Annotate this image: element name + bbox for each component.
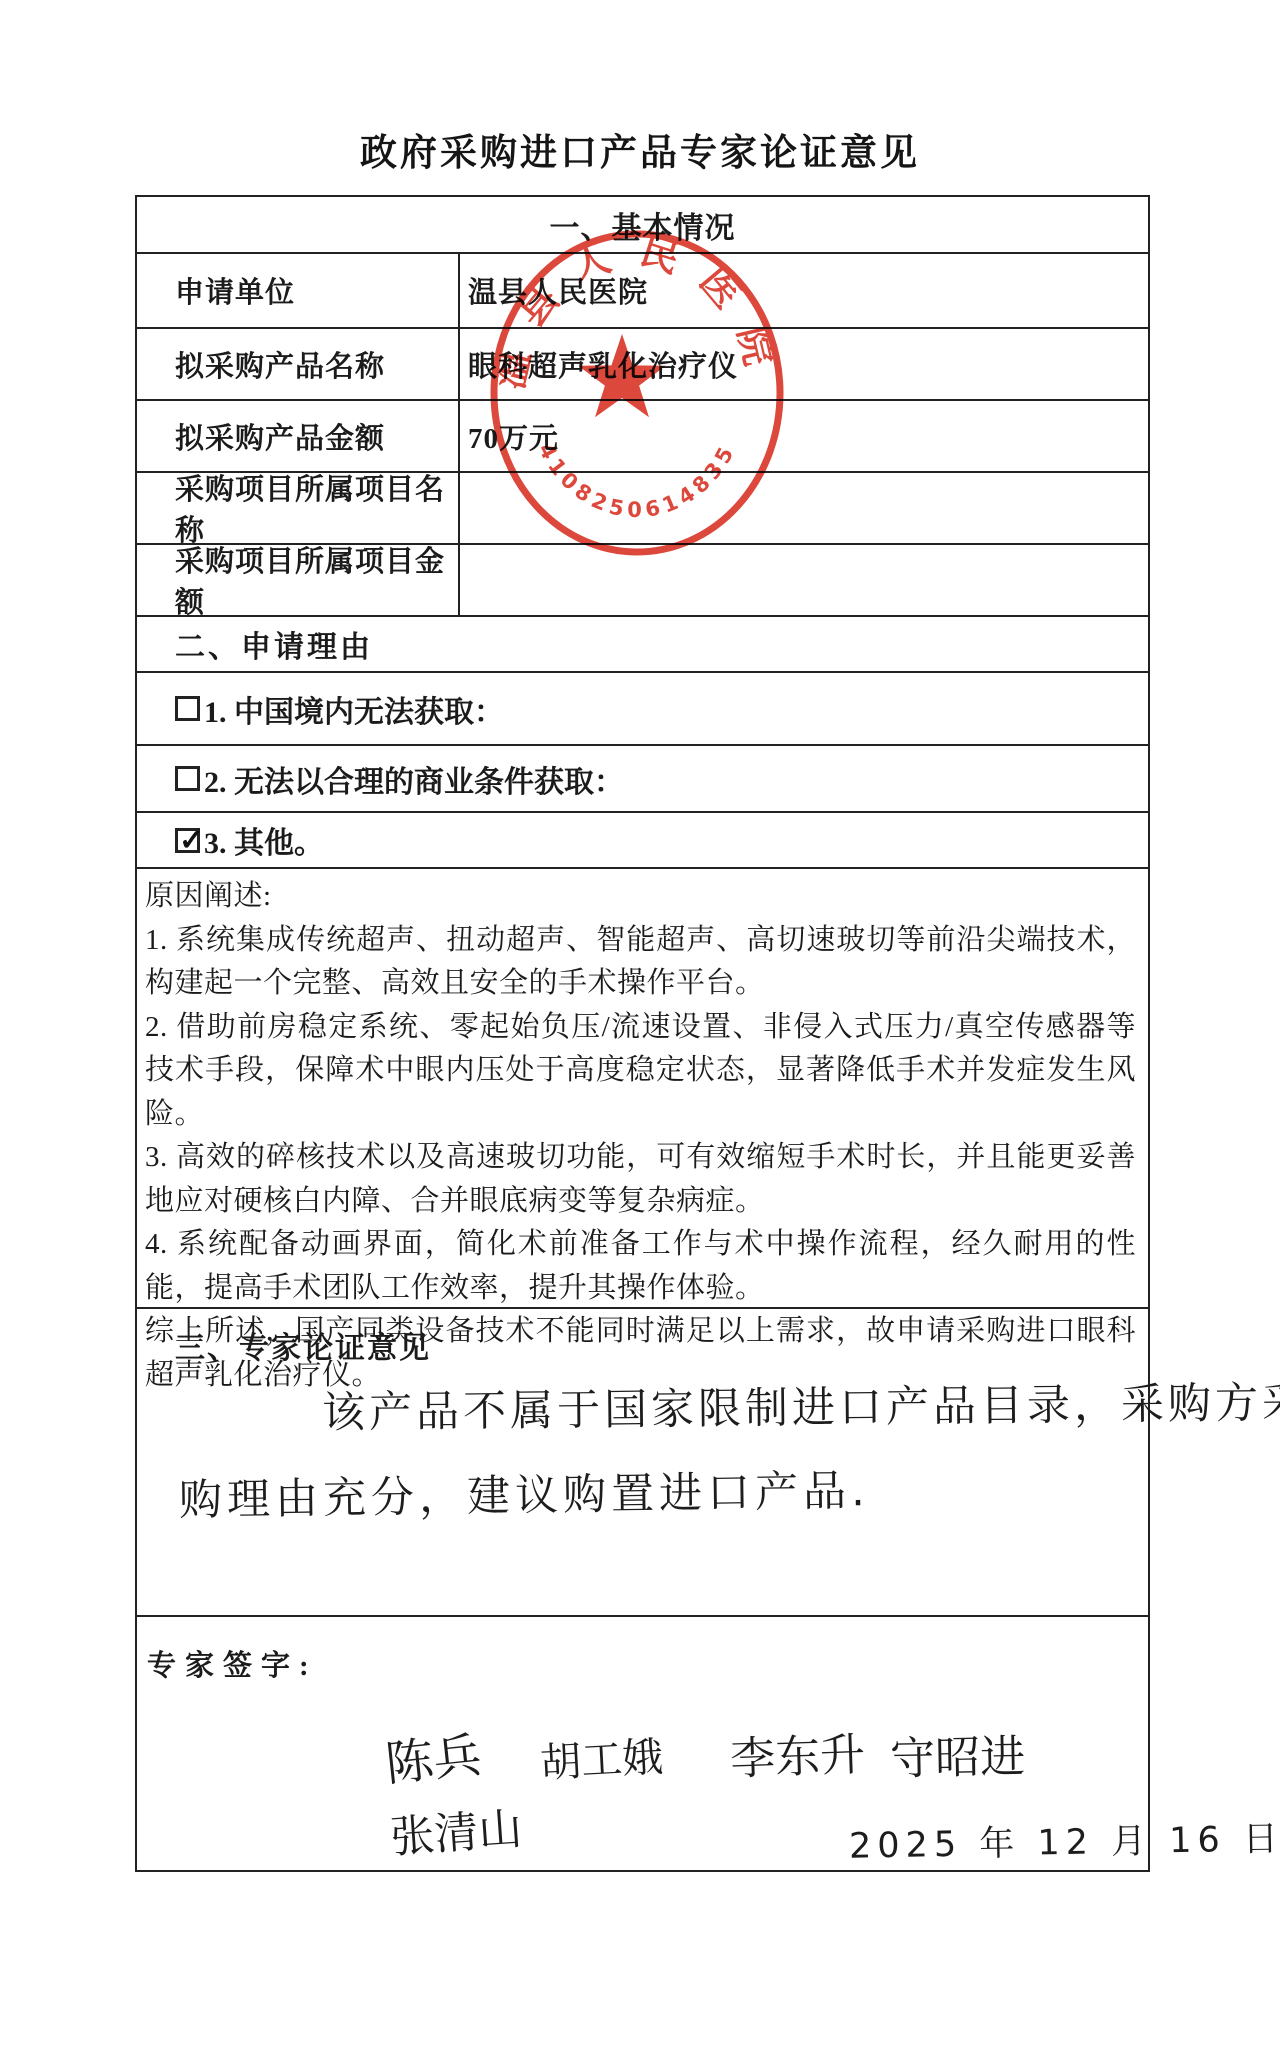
field-value-project-name [460,473,1148,543]
checkbox-icon [175,696,200,721]
expert-signature: 胡工娥 [539,1724,665,1789]
document-page: { "page": { "title": "政府采购进口产品专家论证意见" },… [0,0,1280,2067]
expert-signature: 守昭进 [889,1720,1025,1787]
statement-line: 4. 系统配备动画界面，简化术前准备工作与术中操作流程，经久耐用的性能，提高手术… [145,1223,1136,1310]
signature-label: 专家签字: [147,1643,318,1684]
statement-line: 3. 高效的碎核技术以及高速玻切功能，可有效缩短手术时长，并且能更妥善地应对硬核… [145,1136,1136,1223]
field-label-applicant: 申请单位 [137,254,460,327]
statement-title: 原因阐述: [145,875,1136,919]
checkbox-icon [175,766,200,791]
reason-statement-cell: 原因阐述: 1. 系统集成传统超声、扭动超声、智能超声、高切速玻切等前沿尖端技术… [137,869,1148,1309]
signature-cell: 专家签字: 陈兵 胡工娥 李东升 守昭进 张清山 2025 年 12 月 16 … [137,1617,1148,1874]
expert-signature: 李东升 [729,1718,866,1788]
reason-option-label: 2. 无法以合理的商业条件获取： [204,757,624,801]
table-row: 采购项目所属项目名称 [137,473,1148,545]
reason-option-row: 3. 其他。 [137,813,1148,869]
field-label-product-name: 拟采购产品名称 [137,329,460,399]
table-row: 采购项目所属项目金额 [137,545,1148,617]
field-value-applicant: 温县人民医院 [460,254,1148,327]
handwritten-opinion-line2: 购理由充分，建议购置进口产品. [179,1453,1149,1528]
document-table: 一、基本情况 申请单位 温县人民医院 拟采购产品名称 眼科超声乳化治疗仪 拟采购… [135,195,1150,1872]
section-header-application-reason: 二、申请理由 [137,617,1148,673]
field-value-product-amount: 70万元 [460,401,1148,471]
section-header-basic-info: 一、基本情况 [137,197,1148,254]
reason-option-row: 1. 中国境内无法获取： [137,673,1148,746]
table-row: 拟采购产品名称 眼科超声乳化治疗仪 [137,329,1148,401]
statement-line: 2. 借助前房稳定系统、零起始负压/流速设置、非侵入式压力/真空传感器等技术手段… [145,1006,1136,1137]
handwritten-date: 2025 年 12 月 16 日 [849,1811,1280,1869]
expert-signature: 陈兵 [382,1716,485,1795]
statement-line: 1. 系统集成传统超声、扭动超声、智能超声、高切速玻切等前沿尖端技术，构建起一个… [145,919,1136,1006]
expert-signature: 张清山 [388,1792,524,1865]
table-row: 拟采购产品金额 70万元 [137,401,1148,473]
reason-option-label: 3. 其他。 [204,818,324,862]
page-title: 政府采购进口产品专家论证意见 [0,122,1280,176]
field-value-project-amount [460,545,1148,615]
field-label-project-amount: 采购项目所属项目金额 [137,545,460,615]
handwritten-opinion-line1: 该产品不属于国家限制进口产品目录，采购方采 [322,1371,1139,1441]
section-header-expert-opinion: 三、专家论证意见 [137,1309,1148,1367]
field-label-product-amount: 拟采购产品金额 [137,401,460,471]
field-value-product-name: 眼科超声乳化治疗仪 [460,329,1148,399]
table-row: 申请单位 温县人民医院 [137,254,1148,329]
field-label-project-name: 采购项目所属项目名称 [137,473,460,543]
reason-option-label: 1. 中国境内无法获取： [204,687,504,731]
checkbox-checked-icon [175,828,200,853]
expert-opinion-cell: 三、专家论证意见 该产品不属于国家限制进口产品目录，采购方采 购理由充分，建议购… [137,1309,1148,1617]
reason-option-row: 2. 无法以合理的商业条件获取： [137,746,1148,813]
